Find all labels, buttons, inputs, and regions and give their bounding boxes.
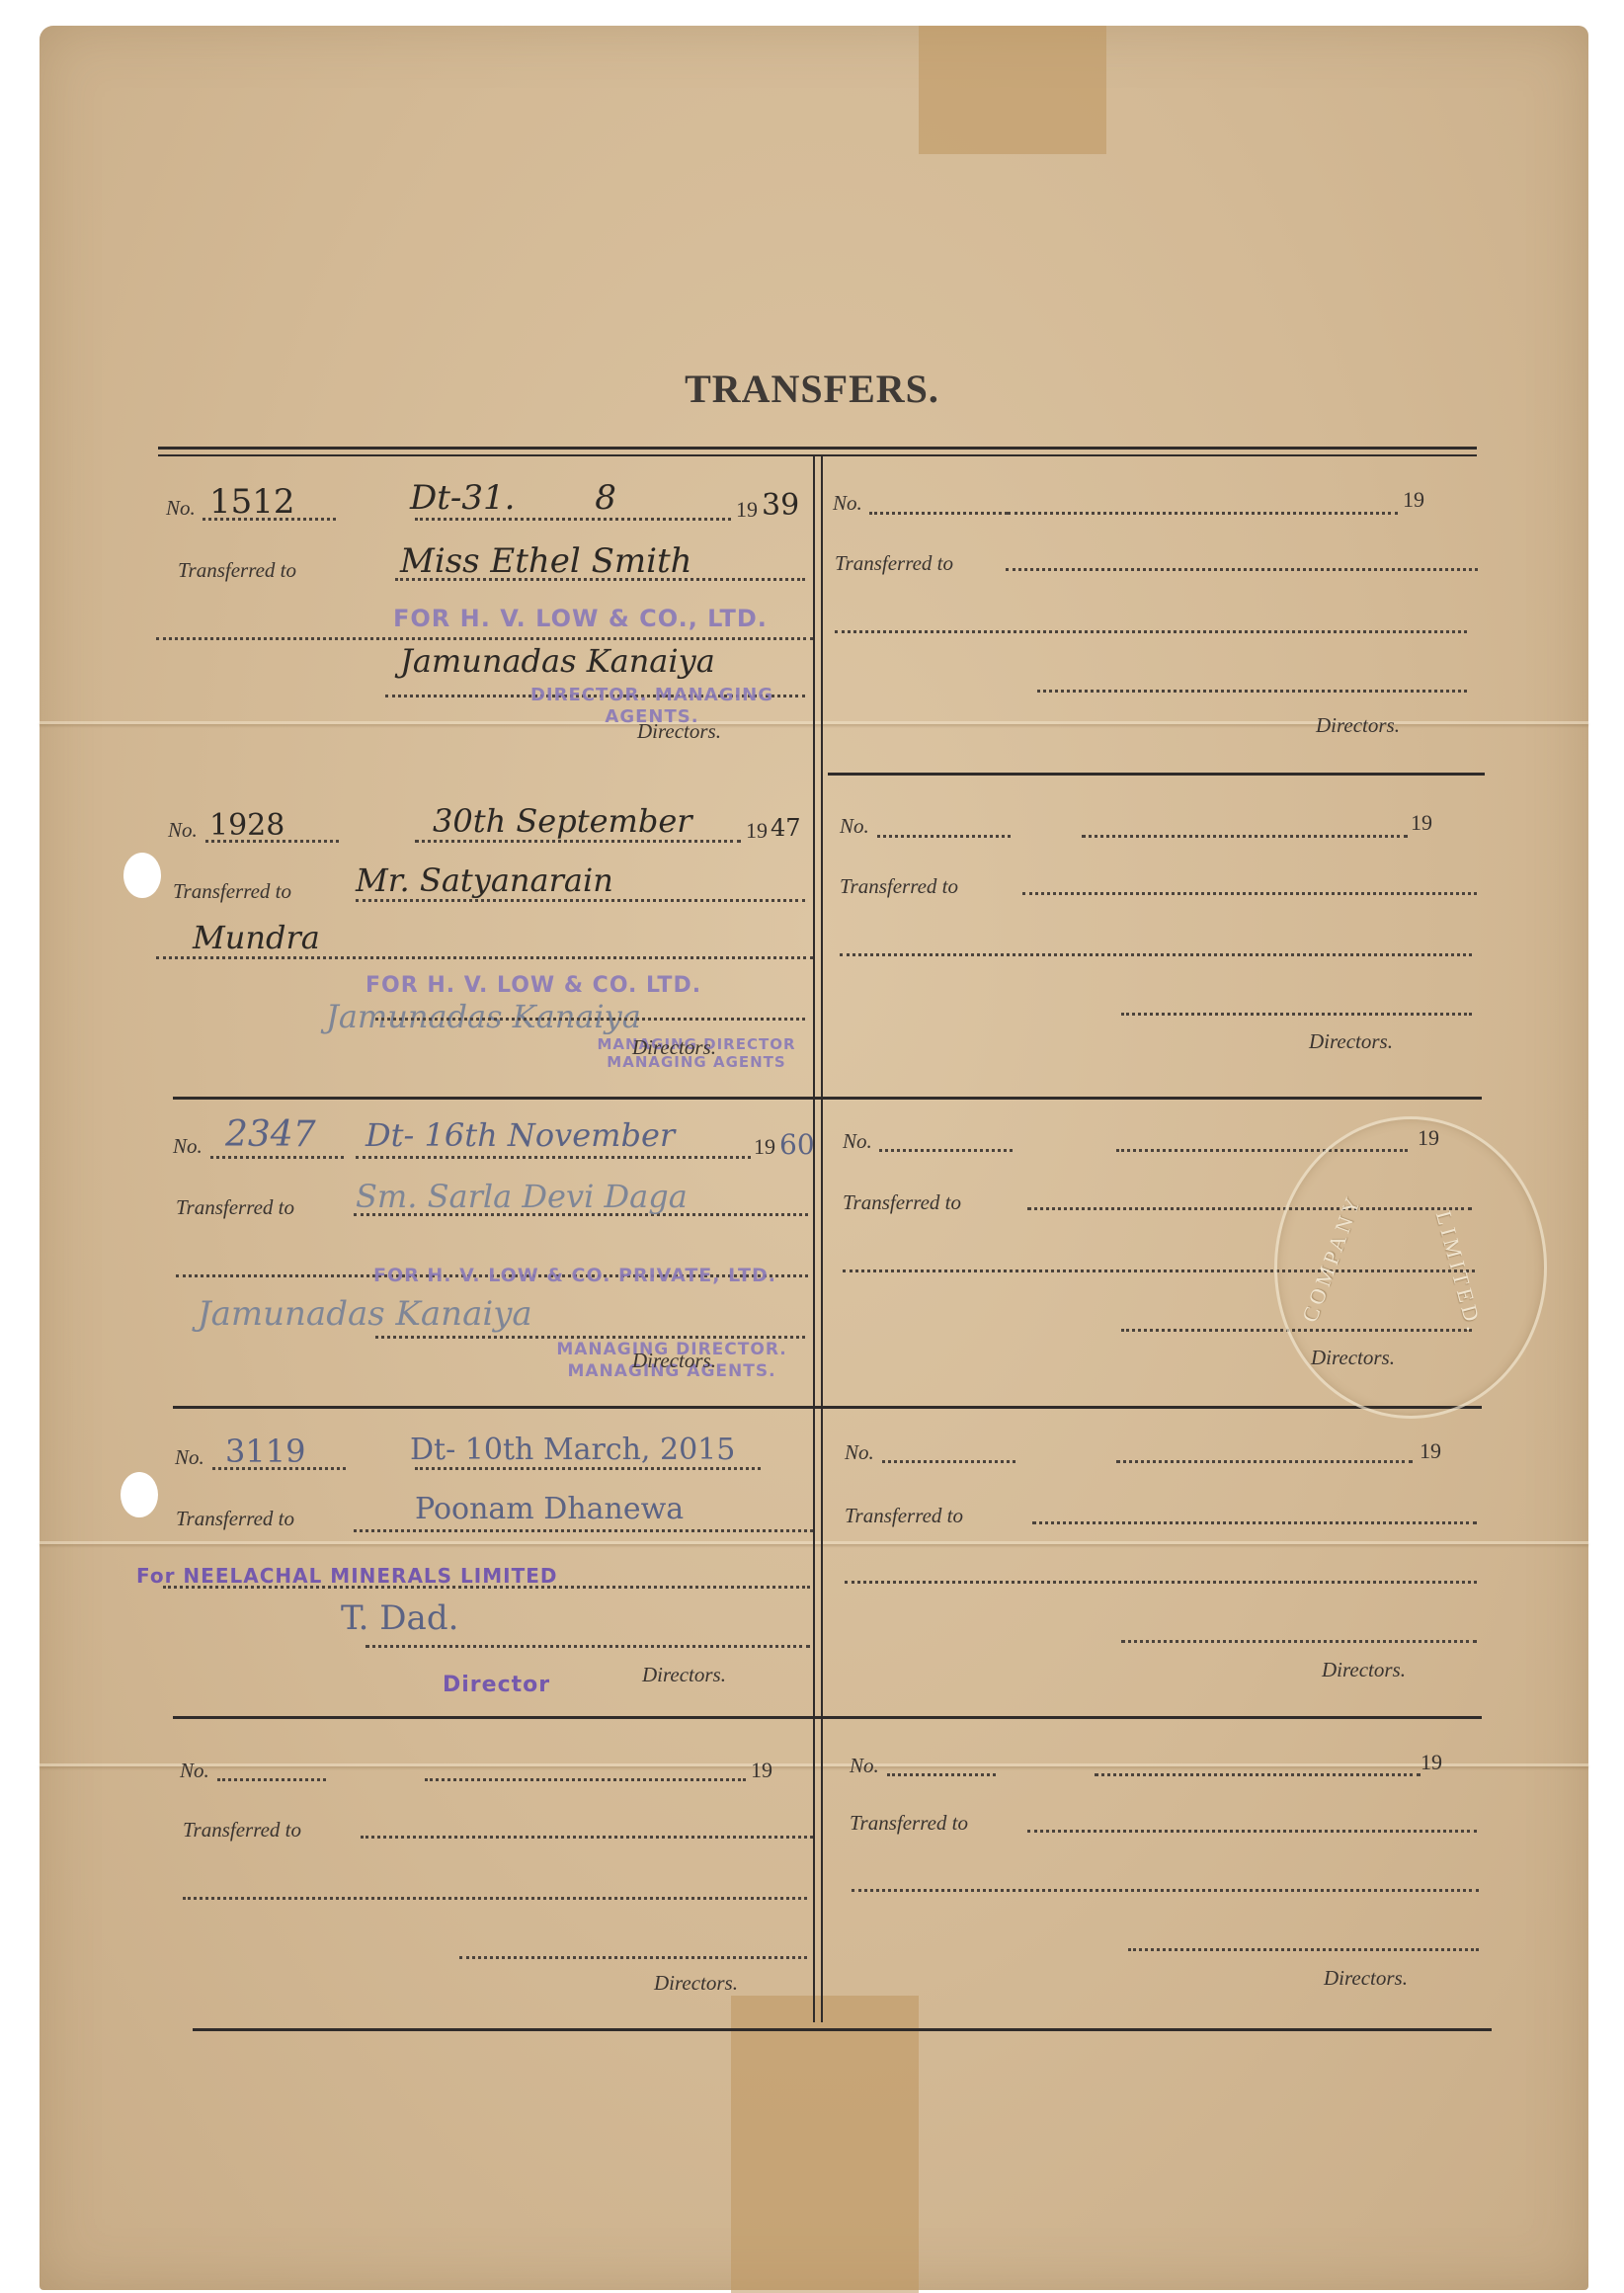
divider	[173, 1716, 1482, 1719]
date-dotted-line	[1008, 512, 1398, 515]
transferred-to-label: Transferred to	[176, 1195, 294, 1220]
directors-label: Directors.	[632, 1035, 716, 1060]
transferee-dotted-line-2	[156, 956, 813, 959]
no-dotted-line	[879, 1149, 1013, 1152]
embossed-company-seal: LIMITED. COMPANY	[1274, 1116, 1547, 1419]
transferee-dotted-line	[1032, 1521, 1477, 1524]
transferred-to-label: Transferred to	[183, 1818, 301, 1843]
transfer-date: Dt- 16th November	[365, 1116, 675, 1154]
no-dotted-line	[210, 1156, 344, 1159]
column-divider	[813, 456, 815, 2022]
date-dotted-line	[1116, 1460, 1413, 1463]
directors-label: Directors.	[1324, 1966, 1408, 1991]
directors-dotted-line	[459, 1956, 807, 1959]
director-signature: Jamunadas Kanaiya	[326, 998, 641, 1035]
no-label: No.	[843, 1129, 872, 1154]
transferred-to-label: Transferred to	[178, 558, 296, 583]
date-dotted-line	[415, 518, 731, 521]
directors-dotted-line	[365, 1645, 810, 1648]
transferee-dotted-line	[1022, 892, 1477, 895]
year-prefix: 19	[1403, 487, 1424, 513]
transferee-dotted-line	[356, 899, 805, 902]
punch-hole	[121, 1472, 158, 1517]
no-dotted-line	[869, 512, 1008, 515]
divider	[193, 2028, 1492, 2031]
signature-dotted-line	[845, 1581, 1477, 1584]
signature-dotted-line	[840, 953, 1472, 956]
transferee-name: Poonam Dhanewa	[415, 1492, 684, 1526]
transferee-dotted-line	[1006, 568, 1478, 571]
signature-dotted-line	[835, 630, 1467, 633]
no-label: No.	[173, 1134, 203, 1159]
directors-label: Directors.	[642, 1663, 726, 1687]
signature-dotted-line	[156, 637, 813, 640]
directors-label: Directors.	[632, 1349, 716, 1373]
directors-dotted-line	[1121, 1640, 1477, 1643]
date-dotted-line	[1082, 835, 1408, 838]
directors-dotted-line	[1121, 1013, 1472, 1016]
no-label: No.	[850, 1754, 879, 1778]
transferee-name-line2: Mundra	[193, 919, 320, 956]
director-signature: Jamunadas Kanaiya	[400, 642, 715, 680]
no-dotted-line	[217, 1778, 326, 1781]
transferee-dotted-line	[361, 1836, 813, 1839]
seal-text-right: LIMITED.	[1430, 1208, 1488, 1337]
punch-hole	[123, 853, 161, 898]
transferred-to-label: Transferred to	[843, 1190, 961, 1215]
date-dotted-line	[356, 1156, 751, 1159]
transferred-to-label: Transferred to	[835, 551, 953, 576]
year-prefix: 19	[754, 1134, 775, 1160]
year-prefix: 19	[736, 497, 758, 523]
no-dotted-line	[887, 1773, 996, 1776]
directors-label: Directors.	[1309, 1029, 1393, 1054]
no-label: No.	[168, 818, 198, 843]
date-dotted-line	[415, 1467, 761, 1470]
transferred-to-label: Transferred to	[850, 1811, 968, 1836]
divider	[173, 1406, 1482, 1409]
directors-dotted-line	[1128, 1948, 1479, 1951]
no-dotted-line	[882, 1460, 1015, 1463]
transferee-dotted-line	[354, 1529, 813, 1532]
tape-top	[919, 26, 1106, 154]
date-dotted-line	[425, 1778, 746, 1781]
column-divider	[821, 456, 823, 2022]
transfer-date: Dt-31. 8	[410, 478, 616, 518]
year-suffix: 47	[771, 814, 801, 842]
transferred-to-label: Transferred to	[176, 1507, 294, 1531]
company-stamp: FOR H. V. LOW & CO. PRIVATE, LTD.	[373, 1265, 776, 1286]
company-stamp: FOR H. V. LOW & CO., LTD.	[393, 605, 768, 632]
year-prefix: 19	[1420, 1438, 1441, 1464]
no-dotted-line	[877, 835, 1011, 838]
year-prefix: 19	[746, 818, 768, 844]
divider	[828, 773, 1485, 776]
transferred-to-label: Transferred to	[845, 1504, 963, 1528]
transferee-name: Sm. Sarla Devi Daga	[356, 1178, 688, 1215]
directors-label: Directors.	[637, 719, 721, 744]
transferred-to-label: Transferred to	[173, 879, 291, 904]
signature-dotted-line	[183, 1897, 807, 1900]
divider	[158, 447, 1477, 450]
transfer-number: 2347	[225, 1114, 316, 1155]
no-label: No.	[180, 1759, 209, 1783]
no-label: No.	[175, 1445, 204, 1470]
date-dotted-line	[415, 840, 741, 843]
page-title: TRANSFERS.	[0, 366, 1624, 412]
transferee-name: Miss Ethel Smith	[400, 541, 692, 581]
company-stamp: For NEELACHAL MINERALS LIMITED	[136, 1564, 557, 1588]
transfer-number: 1928	[209, 808, 284, 843]
no-label: No.	[845, 1440, 874, 1465]
transfer-date: Dt- 10th March, 2015	[410, 1433, 735, 1467]
no-label: No.	[166, 496, 196, 521]
no-label: No.	[833, 491, 862, 516]
year-prefix: 19	[1411, 810, 1432, 836]
signature-dotted-line	[163, 1586, 810, 1589]
directors-dotted-line	[1037, 690, 1467, 693]
seal-text-left: COMPANY	[1297, 1190, 1367, 1326]
directors-label: Directors.	[1322, 1658, 1406, 1682]
directors-label: Directors.	[1316, 713, 1400, 738]
company-stamp: FOR H. V. LOW & CO. LTD.	[365, 973, 701, 998]
year-suffix: 60	[779, 1128, 815, 1161]
title-stamp: Director	[443, 1673, 550, 1697]
year-prefix: 19	[751, 1758, 772, 1783]
director-signature: Jamunadas Kanaiya	[198, 1294, 532, 1334]
transferee-dotted-line	[1027, 1830, 1477, 1833]
transfer-number: 1512	[209, 482, 295, 522]
transfer-number: 3119	[225, 1433, 305, 1470]
directors-dotted-line	[375, 1018, 805, 1021]
signature-dotted-line	[852, 1889, 1479, 1892]
director-signature: T. Dad.	[341, 1598, 458, 1638]
year-suffix: 39	[762, 488, 799, 523]
divider	[173, 1097, 1482, 1100]
transfer-date: 30th September	[433, 802, 692, 840]
year-prefix: 19	[1421, 1750, 1442, 1775]
no-label: No.	[840, 814, 869, 839]
date-dotted-line	[1095, 1773, 1421, 1776]
transferee-name: Mr. Satyanarain	[356, 861, 613, 899]
tape-bottom	[731, 1996, 919, 2293]
transferred-to-label: Transferred to	[840, 874, 958, 899]
divider	[158, 454, 1477, 456]
directors-label: Directors.	[654, 1971, 738, 1996]
